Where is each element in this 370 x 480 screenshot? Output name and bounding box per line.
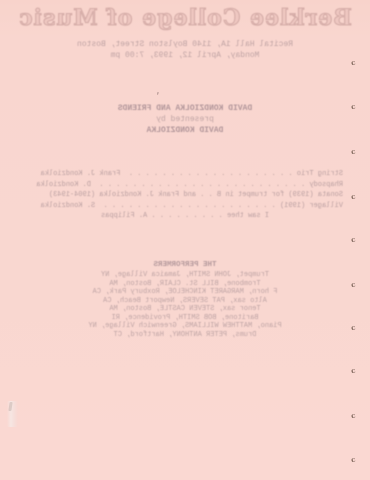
- binding-mark: c: [350, 58, 356, 68]
- scanned-paper-page: Berklee College of Music Recital Hall 1A…: [0, 0, 370, 480]
- berklee-logo-bleed: Berklee College of Music: [0, 5, 370, 31]
- binding-mark: c: [350, 102, 356, 112]
- date-line: Monday, April 12, 1993, 7:00 pm: [0, 51, 370, 61]
- presented-by-line: presented by: [0, 115, 370, 125]
- binding-mark: c: [350, 192, 356, 202]
- performer-line: Drums, PETER ANTHONY, Hartford, CT: [0, 331, 370, 340]
- binding-mark: c: [350, 235, 356, 245]
- performer-line: Trumpet, JOHN SMITH, Jamaica Village, NY: [0, 271, 370, 280]
- performer-line: Alto sax, PAT SEVERS, Newport Beach, CA: [0, 297, 370, 306]
- performer-line: Piano, MATTHEW WILLIAMS, Greenwich Villa…: [0, 322, 370, 331]
- binding-mark: c: [350, 455, 356, 465]
- program-line: String Trio . . . . . . . . . . . . . . …: [27, 169, 343, 180]
- performer-line: F horn, MARGARET KINCHELOE, Roxbury Park…: [0, 288, 370, 297]
- ink-speck-mark: ': [154, 92, 160, 102]
- performer-line: Trombone, BILL St. CLAIR, Boston, MA: [0, 280, 370, 289]
- program-line: I saw thee . . . . . . . . . A. Filippas: [27, 211, 343, 222]
- presenter-name-line: DAVID KONDZIOLKA: [0, 126, 370, 136]
- binding-mark: c: [350, 280, 356, 290]
- binding-mark: c: [350, 323, 356, 333]
- bleedthrough-layer: Berklee College of Music Recital Hall 1A…: [0, 0, 370, 480]
- binding-mark: c: [350, 411, 356, 421]
- pencil-smudge-mark: [7, 401, 18, 427]
- performer-line: Baritone, BOB SMITH, Providence, RI: [0, 314, 370, 323]
- performer-line: Tenor sax, STEVEN CASTLE, Boston, MA: [0, 305, 370, 314]
- venue-line: Recital Hall 1A, 1140 Boylston Street, B…: [0, 40, 370, 50]
- binding-mark: c: [350, 147, 356, 157]
- program-list: String Trio . . . . . . . . . . . . . . …: [27, 169, 343, 222]
- binding-marks-column: cccccccccc: [0, 0, 370, 480]
- performers-heading: THE PERFORMERS: [0, 260, 370, 270]
- performers-list: Trumpet, JOHN SMITH, Jamaica Village, NY…: [0, 271, 370, 339]
- binding-mark: c: [350, 366, 356, 376]
- program-line: Rhapsody . . . . . . . . . . . . . . . .…: [27, 180, 343, 191]
- program-line: Villager (1991) . . . . . . . . . . . . …: [27, 201, 343, 212]
- program-line: Sonata (1939) for trumpet in B . . and F…: [27, 190, 343, 201]
- recital-title-line: DAVID KONDZIOLKA AND FRIENDS: [0, 104, 370, 114]
